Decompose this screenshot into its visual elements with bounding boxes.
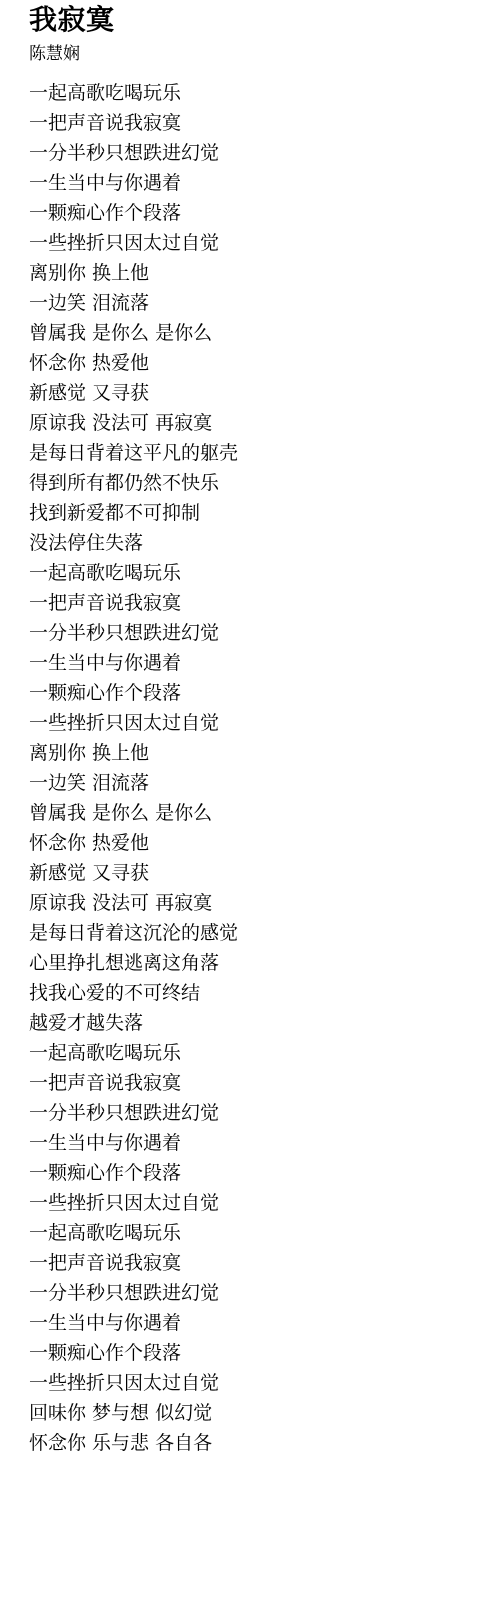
lyric-line: 一些挫折只因太过自觉 [29,708,480,738]
lyric-line: 一边笑 泪流落 [29,288,480,318]
lyric-line: 原谅我 没法可 再寂寞 [29,408,480,438]
lyric-line: 离别你 换上他 [29,738,480,768]
lyric-line: 一把声音说我寂寞 [29,588,480,618]
lyric-line: 一边笑 泪流落 [29,768,480,798]
lyric-line: 一颗痴心作个段落 [29,1158,480,1188]
lyric-line: 一生当中与你遇着 [29,1128,480,1158]
lyric-line: 是每日背着这平凡的躯壳 [29,438,480,468]
page-content: 我寂寞 陈慧娴 一起高歌吃喝玩乐一把声音说我寂寞一分半秒只想跌进幻觉一生当中与你… [0,0,500,1458]
lyric-line: 离别你 换上他 [29,258,480,288]
song-title: 我寂寞 [29,3,480,37]
lyric-line: 曾属我 是你么 是你么 [29,318,480,348]
lyric-line: 怀念你 热爱他 [29,828,480,858]
lyrics-page: 我寂寞 陈慧娴 一起高歌吃喝玩乐一把声音说我寂寞一分半秒只想跌进幻觉一生当中与你… [0,0,500,1600]
lyric-line: 一生当中与你遇着 [29,1308,480,1338]
lyric-line: 一生当中与你遇着 [29,168,480,198]
lyric-line: 曾属我 是你么 是你么 [29,798,480,828]
lyric-line: 一颗痴心作个段落 [29,678,480,708]
lyric-line: 一些挫折只因太过自觉 [29,228,480,258]
lyric-line: 一分半秒只想跌进幻觉 [29,618,480,648]
lyric-line: 越爱才越失落 [29,1008,480,1038]
lyric-line: 一把声音说我寂寞 [29,1068,480,1098]
lyric-line: 一些挫折只因太过自觉 [29,1368,480,1398]
lyric-line: 一把声音说我寂寞 [29,108,480,138]
artist-name: 陈慧娴 [29,44,480,64]
lyric-line: 原谅我 没法可 再寂寞 [29,888,480,918]
lyric-line: 一分半秒只想跌进幻觉 [29,1278,480,1308]
lyrics-container: 一起高歌吃喝玩乐一把声音说我寂寞一分半秒只想跌进幻觉一生当中与你遇着一颗痴心作个… [29,78,480,1458]
lyric-line: 一起高歌吃喝玩乐 [29,78,480,108]
lyric-line: 新感觉 又寻获 [29,378,480,408]
lyric-line: 回味你 梦与想 似幻觉 [29,1398,480,1428]
lyric-line: 一起高歌吃喝玩乐 [29,1038,480,1068]
lyric-line: 心里挣扎想逃离这角落 [29,948,480,978]
lyric-line: 一些挫折只因太过自觉 [29,1188,480,1218]
lyric-line: 找到新爱都不可抑制 [29,498,480,528]
lyric-line: 新感觉 又寻获 [29,858,480,888]
lyric-line: 一分半秒只想跌进幻觉 [29,1098,480,1128]
lyric-line: 一起高歌吃喝玩乐 [29,558,480,588]
lyric-line: 一分半秒只想跌进幻觉 [29,138,480,168]
lyric-line: 怀念你 热爱他 [29,348,480,378]
lyric-line: 得到所有都仍然不快乐 [29,468,480,498]
lyric-line: 找我心爱的不可终结 [29,978,480,1008]
lyric-line: 是每日背着这沉沦的感觉 [29,918,480,948]
lyric-line: 一把声音说我寂寞 [29,1248,480,1278]
lyric-line: 一生当中与你遇着 [29,648,480,678]
lyric-line: 怀念你 乐与悲 各自各 [29,1428,480,1458]
lyric-line: 一颗痴心作个段落 [29,1338,480,1368]
lyric-line: 没法停住失落 [29,528,480,558]
lyric-line: 一颗痴心作个段落 [29,198,480,228]
lyric-line: 一起高歌吃喝玩乐 [29,1218,480,1248]
